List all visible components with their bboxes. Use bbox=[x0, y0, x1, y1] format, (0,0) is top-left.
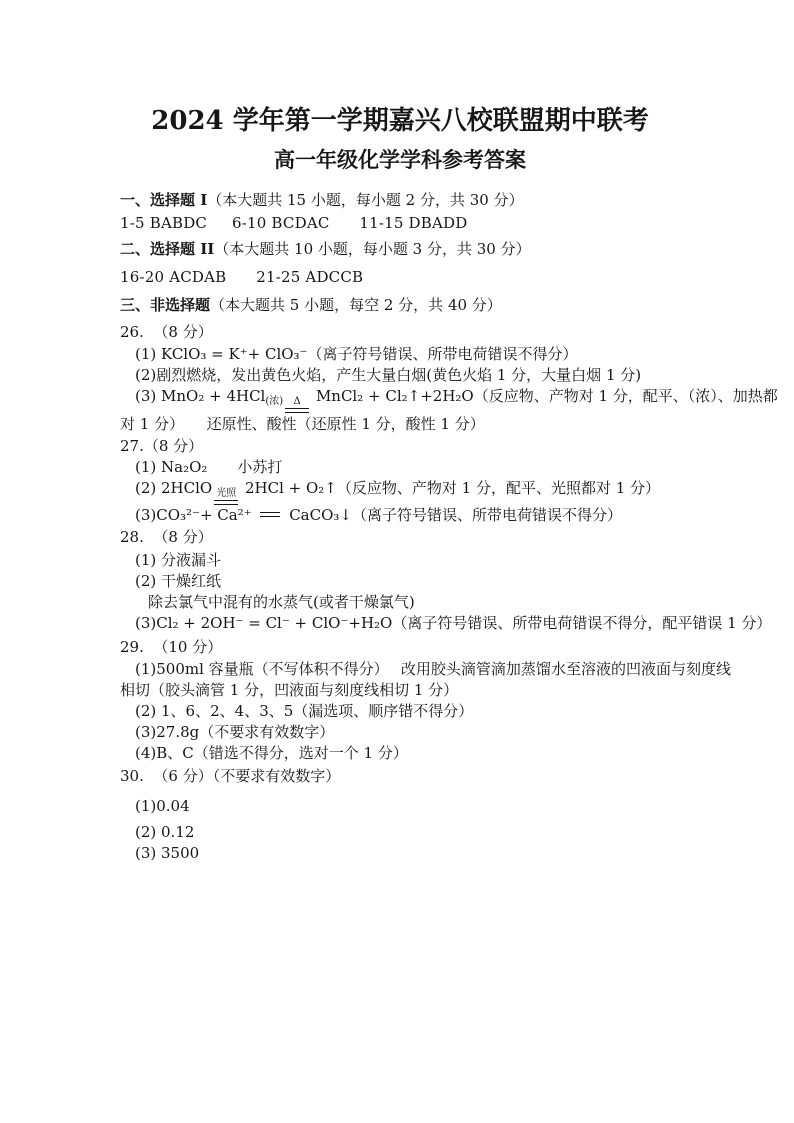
text-segment: (1) KClO₃ = K⁺+ ClO₃⁻（离子符号错误、所带电荷错误不得分） bbox=[135, 345, 577, 363]
text-segment: 27.（8 分） bbox=[120, 437, 203, 455]
section-heading: 二、选择题 II（本大题共 10 小题，每小题 3 分，共 30 分） bbox=[120, 239, 680, 260]
answer-item: (3) 3500 bbox=[135, 843, 680, 864]
answer-item: (1) KClO₃ = K⁺+ ClO₃⁻（离子符号错误、所带电荷错误不得分） bbox=[135, 344, 680, 365]
answer-item: (3)27.8g（不要求有效数字） bbox=[135, 722, 680, 743]
question-header: 26. （8 分） bbox=[120, 322, 680, 343]
answer-content: 一、选择题 I（本大题共 15 小题，每小题 2 分，共 30 分）1-5 BA… bbox=[120, 190, 680, 864]
text-segment: (2) 1、6、2、4、3、5（漏选项、顺序错不得分） bbox=[135, 702, 473, 720]
answer-item: (1) Na₂O₂ 小苏打 bbox=[135, 457, 680, 478]
text-segment: (2)剧烈燃烧，发出黄色火焰，产生大量白烟(黄色火焰 1 分，大量白烟 1 分) bbox=[135, 366, 641, 384]
question-header: 28. （8 分） bbox=[120, 527, 680, 548]
question-header: 27.（8 分） bbox=[120, 436, 680, 457]
text-segment: （本大题共 5 小题，每空 2 分，共 40 分） bbox=[210, 296, 502, 314]
answer-continuation: 相切（胶头滴管 1 分，凹液面与刻度线相切 1 分） bbox=[120, 680, 680, 701]
text-segment: (2) 干燥红纸 bbox=[135, 572, 221, 590]
text-segment: 相切（胶头滴管 1 分，凹液面与刻度线相切 1 分） bbox=[120, 681, 458, 699]
text-segment: (1)0.04 bbox=[135, 797, 190, 815]
text-segment: 26. （8 分） bbox=[120, 323, 213, 341]
chem-subscript: (浓) bbox=[265, 396, 283, 407]
answer-item: (3) MnO₂ + 4HCl(浓)Δ MnCl₂ + Cl₂↑+2H₂O（反应… bbox=[135, 386, 680, 413]
answer-item: (3)CO₃²⁻+ Ca²⁺ CaCO₃↓（离子符号错误、所带电荷错误不得分） bbox=[135, 505, 680, 526]
document-title: 2024 学年第一学期嘉兴八校联盟期中联考 bbox=[120, 105, 680, 137]
answer-item: (1)0.04 bbox=[135, 796, 680, 817]
text-segment: 1-5 BABDC 6-10 BCDAC 11-15 DBADD bbox=[120, 214, 467, 232]
condition-over-equals: Δ bbox=[285, 396, 309, 413]
heading-label: 二、选择题 II bbox=[120, 240, 214, 258]
answer-key-line: 1-5 BABDC 6-10 BCDAC 11-15 DBADD bbox=[120, 213, 680, 234]
text-segment: (4)B、C（错选不得分，选对一个 1 分） bbox=[135, 744, 408, 762]
text-segment: (3) 3500 bbox=[135, 844, 199, 862]
question-header: 29. （10 分） bbox=[120, 637, 680, 658]
reaction-condition-label: Δ bbox=[294, 396, 301, 407]
section-heading: 一、选择题 I（本大题共 15 小题，每小题 2 分，共 30 分） bbox=[120, 190, 680, 211]
condition-over-equals: 光照 bbox=[214, 488, 238, 505]
text-segment: (3)CO₃²⁻+ Ca²⁺ bbox=[135, 506, 256, 524]
text-segment: MnCl₂ + Cl₂↑+2H₂O（反应物、产物对 1 分，配平、（浓）、加热都 bbox=[311, 387, 778, 405]
exam-answer-page: 2024 学年第一学期嘉兴八校联盟期中联考 高一年级化学学科参考答案 一、选择题… bbox=[0, 0, 794, 1123]
answer-continuation: 对 1 分） 还原性、酸性（还原性 1 分，酸性 1 分） bbox=[120, 414, 680, 435]
text-segment: (3) MnO₂ + 4HCl bbox=[135, 387, 265, 405]
text-segment: (1) Na₂O₂ 小苏打 bbox=[135, 458, 282, 476]
text-segment: (1) 分液漏斗 bbox=[135, 551, 221, 569]
answer-item: (1)500ml 容量瓶（不写体积不得分） 改用胶头滴管滴加蒸馏水至溶液的凹液面… bbox=[135, 659, 680, 680]
text-segment: CaCO₃↓（离子符号错误、所带电荷错误不得分） bbox=[284, 506, 622, 524]
answer-item: (2) 0.12 bbox=[135, 822, 680, 843]
answer-item: (4)B、C（错选不得分，选对一个 1 分） bbox=[135, 743, 680, 764]
answer-key-line: 16-20 ACDAB 21-25 ADCCB bbox=[120, 267, 680, 288]
heading-label: 三、非选择题 bbox=[120, 296, 210, 314]
heading-label: 一、选择题 I bbox=[120, 191, 207, 209]
answer-item: (3)Cl₂ + 2OH⁻ = Cl⁻ + ClO⁻+H₂O（离子符号错误、所带… bbox=[135, 613, 680, 634]
double-equals-sign bbox=[260, 512, 280, 517]
text-segment: (1)500ml 容量瓶（不写体积不得分） 改用胶头滴管滴加蒸馏水至溶液的凹液面… bbox=[135, 660, 731, 678]
answer-note: 除去氯气中混有的水蒸气(或者干燥氯气) bbox=[148, 592, 680, 613]
text-segment: (2) 0.12 bbox=[135, 823, 194, 841]
text-segment: 对 1 分） 还原性、酸性（还原性 1 分，酸性 1 分） bbox=[120, 415, 485, 433]
text-segment: 16-20 ACDAB 21-25 ADCCB bbox=[120, 268, 363, 286]
text-segment: (3)27.8g（不要求有效数字） bbox=[135, 723, 334, 741]
answer-item: (1) 分液漏斗 bbox=[135, 550, 680, 571]
question-header: 30. （6 分）（不要求有效数字） bbox=[120, 766, 680, 787]
double-equals-sign bbox=[285, 408, 309, 413]
reaction-condition-label: 光照 bbox=[216, 488, 236, 499]
text-segment: (2) 2HClO bbox=[135, 479, 212, 497]
answer-item: (2) 2HClO光照 2HCl + O₂↑（反应物、产物对 1 分，配平、光照… bbox=[135, 478, 680, 505]
text-segment: 2HCl + O₂↑（反应物、产物对 1 分，配平、光照都对 1 分） bbox=[240, 479, 660, 497]
text-segment: （本大题共 10 小题，每小题 3 分，共 30 分） bbox=[214, 240, 530, 258]
answer-item: (2)剧烈燃烧，发出黄色火焰，产生大量白烟(黄色火焰 1 分，大量白烟 1 分) bbox=[135, 365, 680, 386]
text-segment: 28. （8 分） bbox=[120, 528, 213, 546]
text-segment: 30. （6 分）（不要求有效数字） bbox=[120, 767, 340, 785]
answer-item: (2) 干燥红纸 bbox=[135, 571, 680, 592]
text-segment: (3)Cl₂ + 2OH⁻ = Cl⁻ + ClO⁻+H₂O（离子符号错误、所带… bbox=[135, 614, 771, 632]
text-segment: 除去氯气中混有的水蒸气(或者干燥氯气) bbox=[148, 593, 415, 611]
section-heading: 三、非选择题（本大题共 5 小题，每空 2 分，共 40 分） bbox=[120, 295, 680, 316]
text-segment: （本大题共 15 小题，每小题 2 分，共 30 分） bbox=[207, 191, 523, 209]
document-subtitle: 高一年级化学学科参考答案 bbox=[120, 146, 680, 174]
text-segment: 29. （10 分） bbox=[120, 638, 222, 656]
answer-item: (2) 1、6、2、4、3、5（漏选项、顺序错不得分） bbox=[135, 701, 680, 722]
